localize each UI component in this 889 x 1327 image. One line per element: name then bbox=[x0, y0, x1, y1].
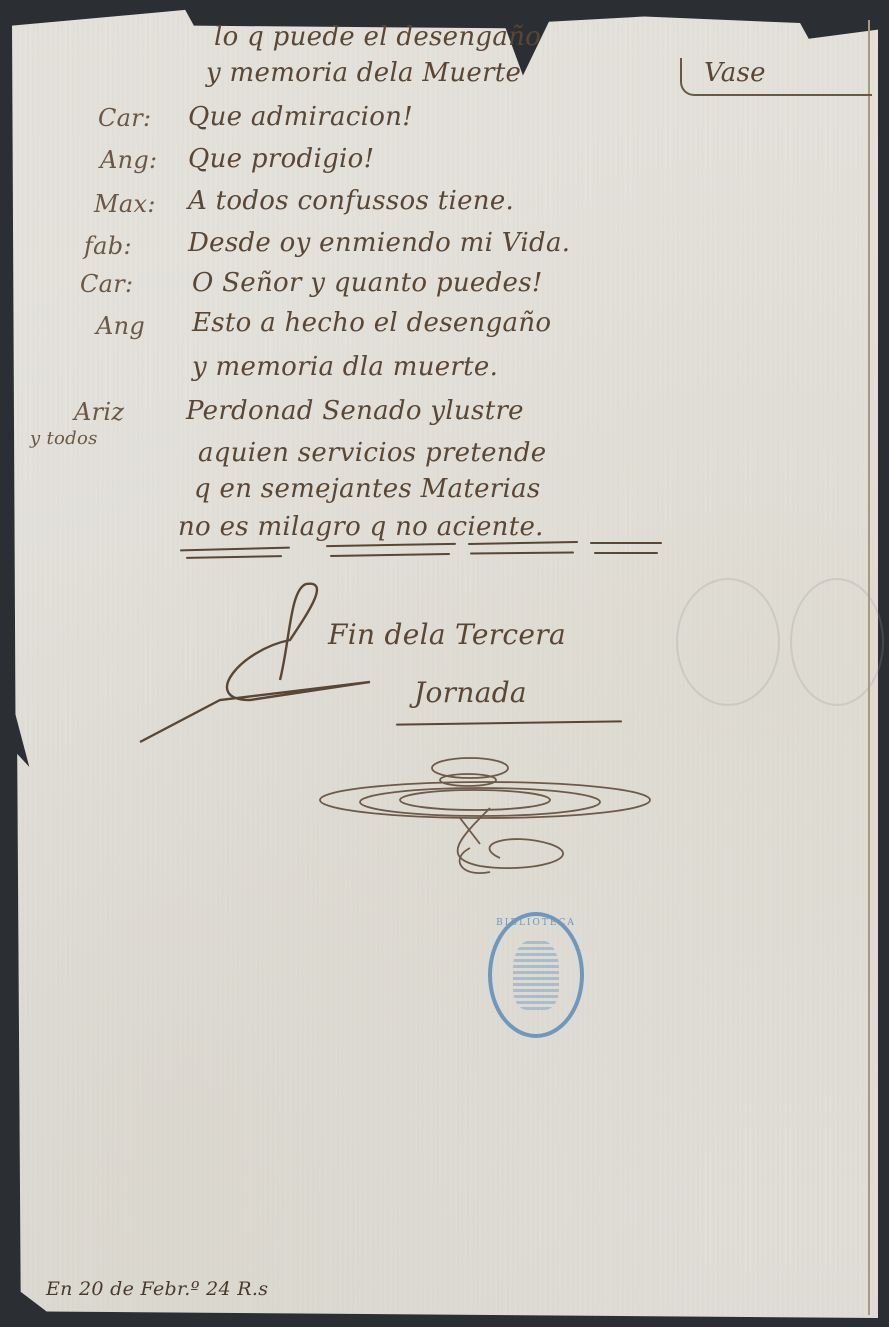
script-line: Esto a hecho el desengaño bbox=[192, 308, 551, 338]
closing-flourish-icon bbox=[130, 570, 390, 750]
end-rule bbox=[594, 552, 658, 554]
bleed-through-stamp bbox=[676, 578, 780, 706]
speaker-label: y todos bbox=[30, 428, 98, 449]
script-line: O Señor y quanto puedes! bbox=[192, 268, 543, 298]
script-line: aquien servicios pretende bbox=[198, 438, 546, 468]
closing-line-1: Fin dela Tercera bbox=[328, 618, 566, 651]
script-line: q en semejantes Materias bbox=[194, 474, 541, 504]
script-line: y memoria dla muerte. bbox=[192, 352, 498, 382]
script-line: Que admiracion! bbox=[188, 102, 413, 132]
rubric-signature-icon bbox=[310, 748, 660, 888]
speaker-label: Ariz bbox=[74, 398, 124, 426]
speaker-label: Max: bbox=[94, 190, 156, 218]
script-line: A todos confussos tiene. bbox=[188, 186, 514, 216]
script-line: Perdonad Senado ylustre bbox=[186, 396, 524, 426]
closing-line-2: Jornada bbox=[414, 676, 527, 709]
crest-icon bbox=[513, 940, 559, 1010]
speaker-label: fab: bbox=[84, 232, 132, 260]
speaker-label: Car: bbox=[80, 270, 133, 298]
script-line: y memoria dela Muerte bbox=[206, 58, 521, 88]
script-line: Desde oy enmiendo mi Vida. bbox=[188, 228, 570, 258]
script-line: Que prodigio! bbox=[188, 144, 374, 174]
bottom-annotation: En 20 de Febr.º 24 R.s bbox=[46, 1278, 268, 1300]
script-line: lo q puede el desengaño bbox=[214, 22, 541, 52]
stage-direction: Vase bbox=[704, 58, 766, 88]
speaker-label: Ang: bbox=[100, 146, 157, 174]
end-rule bbox=[590, 542, 662, 544]
speaker-label: Car: bbox=[98, 104, 151, 132]
script-line: no es milagro q no aciente. bbox=[178, 512, 544, 542]
speaker-label: Ang bbox=[96, 312, 145, 340]
stamp-label: BIBLIOTECA bbox=[492, 918, 580, 928]
library-stamp: BIBLIOTECA bbox=[488, 912, 584, 1038]
bleed-through-stamp bbox=[790, 578, 884, 706]
